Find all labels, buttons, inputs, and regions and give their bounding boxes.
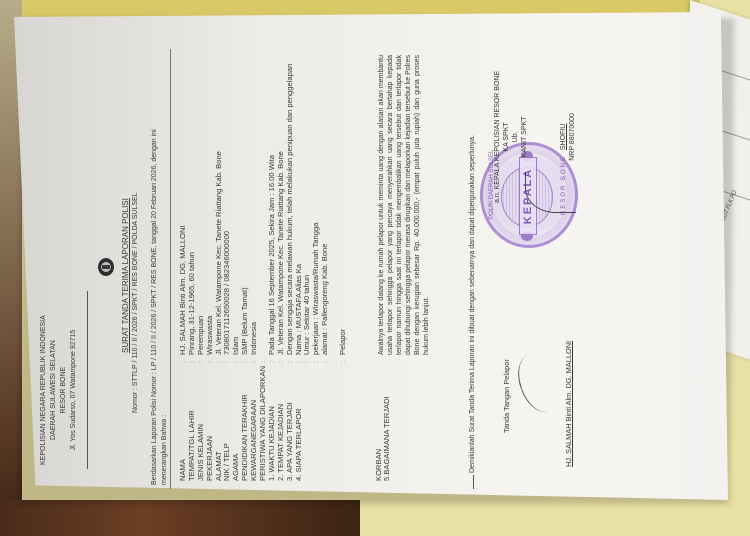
field-value: Indonesia (250, 322, 259, 355)
field-label: 4. SIAPA TERLAPOR (295, 408, 304, 481)
intro-text-2: menerangkan Bahwa : (161, 415, 169, 485)
letterhead-divider (87, 291, 88, 469)
how-it-happened-text: Awalnya terlapor datang ke rumah pelapor… (377, 55, 432, 355)
officer-line-2: KA SPKT (502, 71, 511, 203)
background-desk-wood-bottom (0, 500, 360, 536)
field-value: Pelapor (339, 329, 348, 355)
field-separator: : (321, 361, 330, 363)
letterhead-line-3: RESOR BONE (59, 315, 69, 465)
closing-statement: Demikianlah Surat Tanda Terima Laporan i… (469, 135, 477, 473)
police-report-receipt: KEPOLISIAN NEGARA REPUBLIK INDONESIA DAE… (25, 33, 725, 503)
officer-line-3: Ub. (511, 71, 520, 203)
reporter-name: HJ. SALMAH Binti Alm. DG. MALLONI (565, 341, 574, 467)
field-separator: : (339, 361, 348, 363)
letterhead-line-4: Jl. Yos Sudarso, 07 Watampone 92715 (69, 315, 79, 465)
reporter-signature (511, 348, 566, 417)
document-number: Nomor : STTLP / 110 / II / 2026 / SPKT /… (132, 192, 140, 413)
how-it-happened-label: 5.BAGAIMANA TERJADI (383, 396, 392, 481)
officer-line-1: a.n. KEPALA KEPOLISIAN RESOR BONE (493, 71, 502, 203)
section-divider (170, 49, 171, 489)
police-crest-icon (97, 257, 115, 277)
document-title: SURAT TANDA TERIMA LAPORAN POLISI (121, 198, 130, 353)
intro-text: Berdasarkan Laporan Polisi Nomor : LP / … (151, 129, 159, 485)
closing-divider (473, 475, 474, 489)
field-value: alamat : Pallengoreng Kab. Bone (321, 244, 330, 355)
letterhead-line-1: KEPOLISIAN NEGARA REPUBLIK INDONESIA (39, 315, 49, 465)
reporter-signature-label: Tanda Tangan Pelapor (503, 359, 512, 433)
letterhead-line-2: DAERAH SULAWESI SELATAN (49, 315, 59, 465)
letterhead: KEPOLISIAN NEGARA REPUBLIK INDONESIA DAE… (39, 315, 79, 465)
